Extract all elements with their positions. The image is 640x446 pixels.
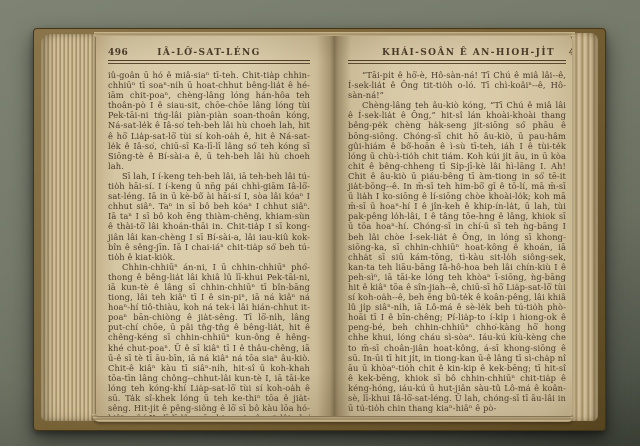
left-page-text: iû-goân ū hó ê miâ-siaⁿ tī-teh. Chit-tia…	[108, 70, 310, 416]
right-page: KHÁI-SOÂN Ê AN-HIOH-JI̍T 497 “Tāi-pi̍t ê…	[334, 36, 572, 416]
right-page-header: KHÁI-SOÂN Ê AN-HIOH-JI̍T 497	[348, 48, 566, 58]
right-header-rule	[348, 60, 566, 64]
page-paragraph: Sī lah, I í-keng teh-beh lâi, iā teh-beh…	[108, 171, 310, 262]
page-paragraph: iû-goân ū hó ê miâ-siaⁿ tī-teh. Chit-tia…	[108, 70, 310, 171]
page-paragraph: “Tāi-pi̍t ê hō͘-è, Hô-sàn-ná! Tī Chú ê m…	[348, 70, 566, 100]
right-page-number: 497	[555, 48, 572, 58]
left-page: 496 IÂ-LÔ͘-SAT-LÉNG iû-goân ū hó ê miâ-s…	[96, 36, 334, 416]
left-running-header: IÂ-LÔ͘-SAT-LÉNG	[142, 48, 276, 58]
open-book: 496 IÂ-LÔ͘-SAT-LÉNG iû-goân ū hó ê miâ-s…	[33, 28, 606, 431]
left-page-number: 496	[108, 48, 142, 58]
page-edge-stack-right	[572, 33, 598, 421]
left-header-rule	[108, 60, 310, 64]
left-page-header: 496 IÂ-LÔ͘-SAT-LÉNG	[108, 48, 310, 58]
page-edge-stack-left	[41, 34, 96, 421]
photo-backdrop: 496 IÂ-LÔ͘-SAT-LÉNG iû-goân ū hó ê miâ-s…	[0, 0, 640, 446]
page-paragraph: Chhin-chhiūⁿ án-ni, I ū chhin-chhiūⁿ phó…	[108, 262, 310, 416]
page-spread: 496 IÂ-LÔ͘-SAT-LÉNG iû-goân ū hó ê miâ-s…	[96, 36, 572, 416]
right-page-text: “Tāi-pi̍t ê hō͘-è, Hô-sàn-ná! Tī Chú ê m…	[348, 70, 566, 413]
right-running-header: KHÁI-SOÂN Ê AN-HIOH-JI̍T	[382, 48, 555, 58]
page-paragraph: Chèng-lâng teh âu-kiò kóng, “Tī Chú ê mi…	[348, 100, 566, 413]
